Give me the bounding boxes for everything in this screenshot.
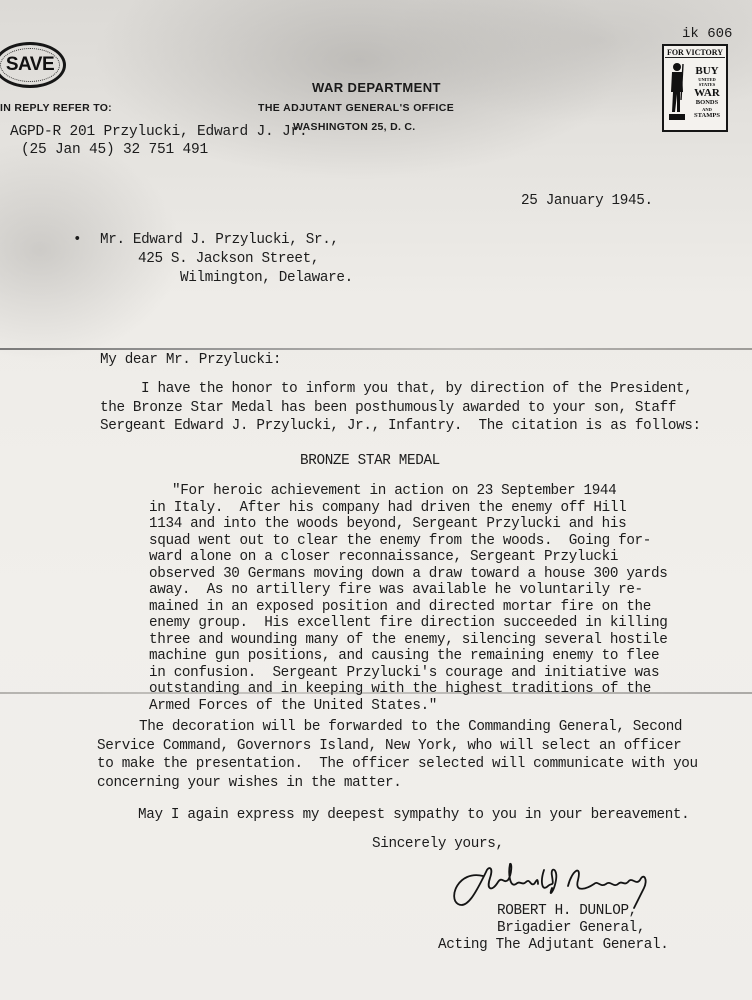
save-logo-text: SAVE [6, 54, 54, 76]
signatory-title: Acting The Adjutant General. [438, 938, 668, 952]
citation-line: outstanding and in keeping with the high… [149, 682, 651, 696]
minuteman-icon [668, 60, 686, 122]
stamp-bonds: BONDS [690, 100, 724, 107]
signatory-rank: Brigadier General, [497, 921, 645, 935]
reference-line: AGPD-R 201 Przylucki, Edward J. Jr. [10, 124, 308, 140]
citation-heading: BRONZE STAR MEDAL [300, 454, 440, 468]
sympathy-line: May I again express my deepest sympathy … [138, 808, 689, 822]
recipient-street: 425 S. Jackson Street, [138, 252, 319, 266]
stamp-buy: BUY [690, 66, 724, 77]
war-bonds-stamp: FOR VICTORY BUY UNITED STATES WAR BONDS … [662, 44, 728, 132]
reference-line: (25 Jan 45) 32 751 491 [21, 142, 208, 158]
office-city: WASHINGTON 25, D. C. [293, 121, 416, 133]
citation-line: Armed Forces of the United States." [149, 699, 437, 713]
decoration-line: to make the presentation. The officer se… [97, 757, 698, 771]
recipient-city: Wilmington, Delaware. [180, 271, 353, 285]
intro-line: the Bronze Star Medal has been posthumou… [100, 401, 676, 415]
fold-crease [0, 348, 752, 350]
citation-line: squad went out to clear the enemy from t… [149, 534, 651, 548]
signatory-name: ROBERT H. DUNLOP, [497, 904, 637, 918]
citation-line: enemy group. His excellent fire directio… [149, 616, 667, 630]
stamp-us: UNITED STATES [690, 78, 724, 87]
citation-line: ward alone on a closer reconnaissance, S… [149, 550, 618, 564]
office-name: THE ADJUTANT GENERAL'S OFFICE [258, 102, 454, 114]
department-name: WAR DEPARTMENT [312, 80, 441, 95]
citation-line: observed 30 Germans moving down a draw t… [149, 567, 667, 581]
decoration-line: The decoration will be forwarded to the … [139, 720, 682, 734]
recipient-name: Mr. Edward J. Przylucki, Sr., [100, 233, 339, 247]
intro-line: Sergeant Edward J. Przylucki, Jr., Infan… [100, 419, 701, 433]
citation-line: mained in an exposed position and direct… [149, 600, 651, 614]
decoration-line: Service Command, Governors Island, New Y… [97, 739, 681, 753]
citation-line: in Italy. After his company had driven t… [149, 501, 626, 515]
stamp-war: WAR [690, 88, 724, 99]
intro-line: I have the honor to inform you that, by … [141, 382, 692, 396]
reply-refer-label: IN REPLY REFER TO: [0, 102, 112, 114]
stamp-stamps: STAMPS [690, 113, 724, 120]
citation-line: 1134 and into the woods beyond, Sergeant… [149, 517, 626, 531]
citation-line: in confusion. Sergeant Przylucki's coura… [149, 666, 659, 680]
stamp-heading: FOR VICTORY [665, 48, 725, 58]
citation-line: away. As no artillery fire was available… [149, 583, 643, 597]
salutation: My dear Mr. Przylucki: [100, 353, 281, 367]
file-mark: ik 606 [682, 26, 732, 42]
citation-line: machine gun positions, and causing the r… [149, 649, 659, 663]
citation-line: three and wounding many of the enemy, si… [149, 633, 667, 647]
bullet-mark: • [73, 233, 81, 247]
decoration-line: concerning your wishes in the matter. [97, 776, 402, 790]
closing: Sincerely yours, [372, 837, 504, 851]
letter-date: 25 January 1945. [521, 194, 653, 208]
citation-line: "For heroic achievement in action on 23 … [172, 484, 616, 498]
